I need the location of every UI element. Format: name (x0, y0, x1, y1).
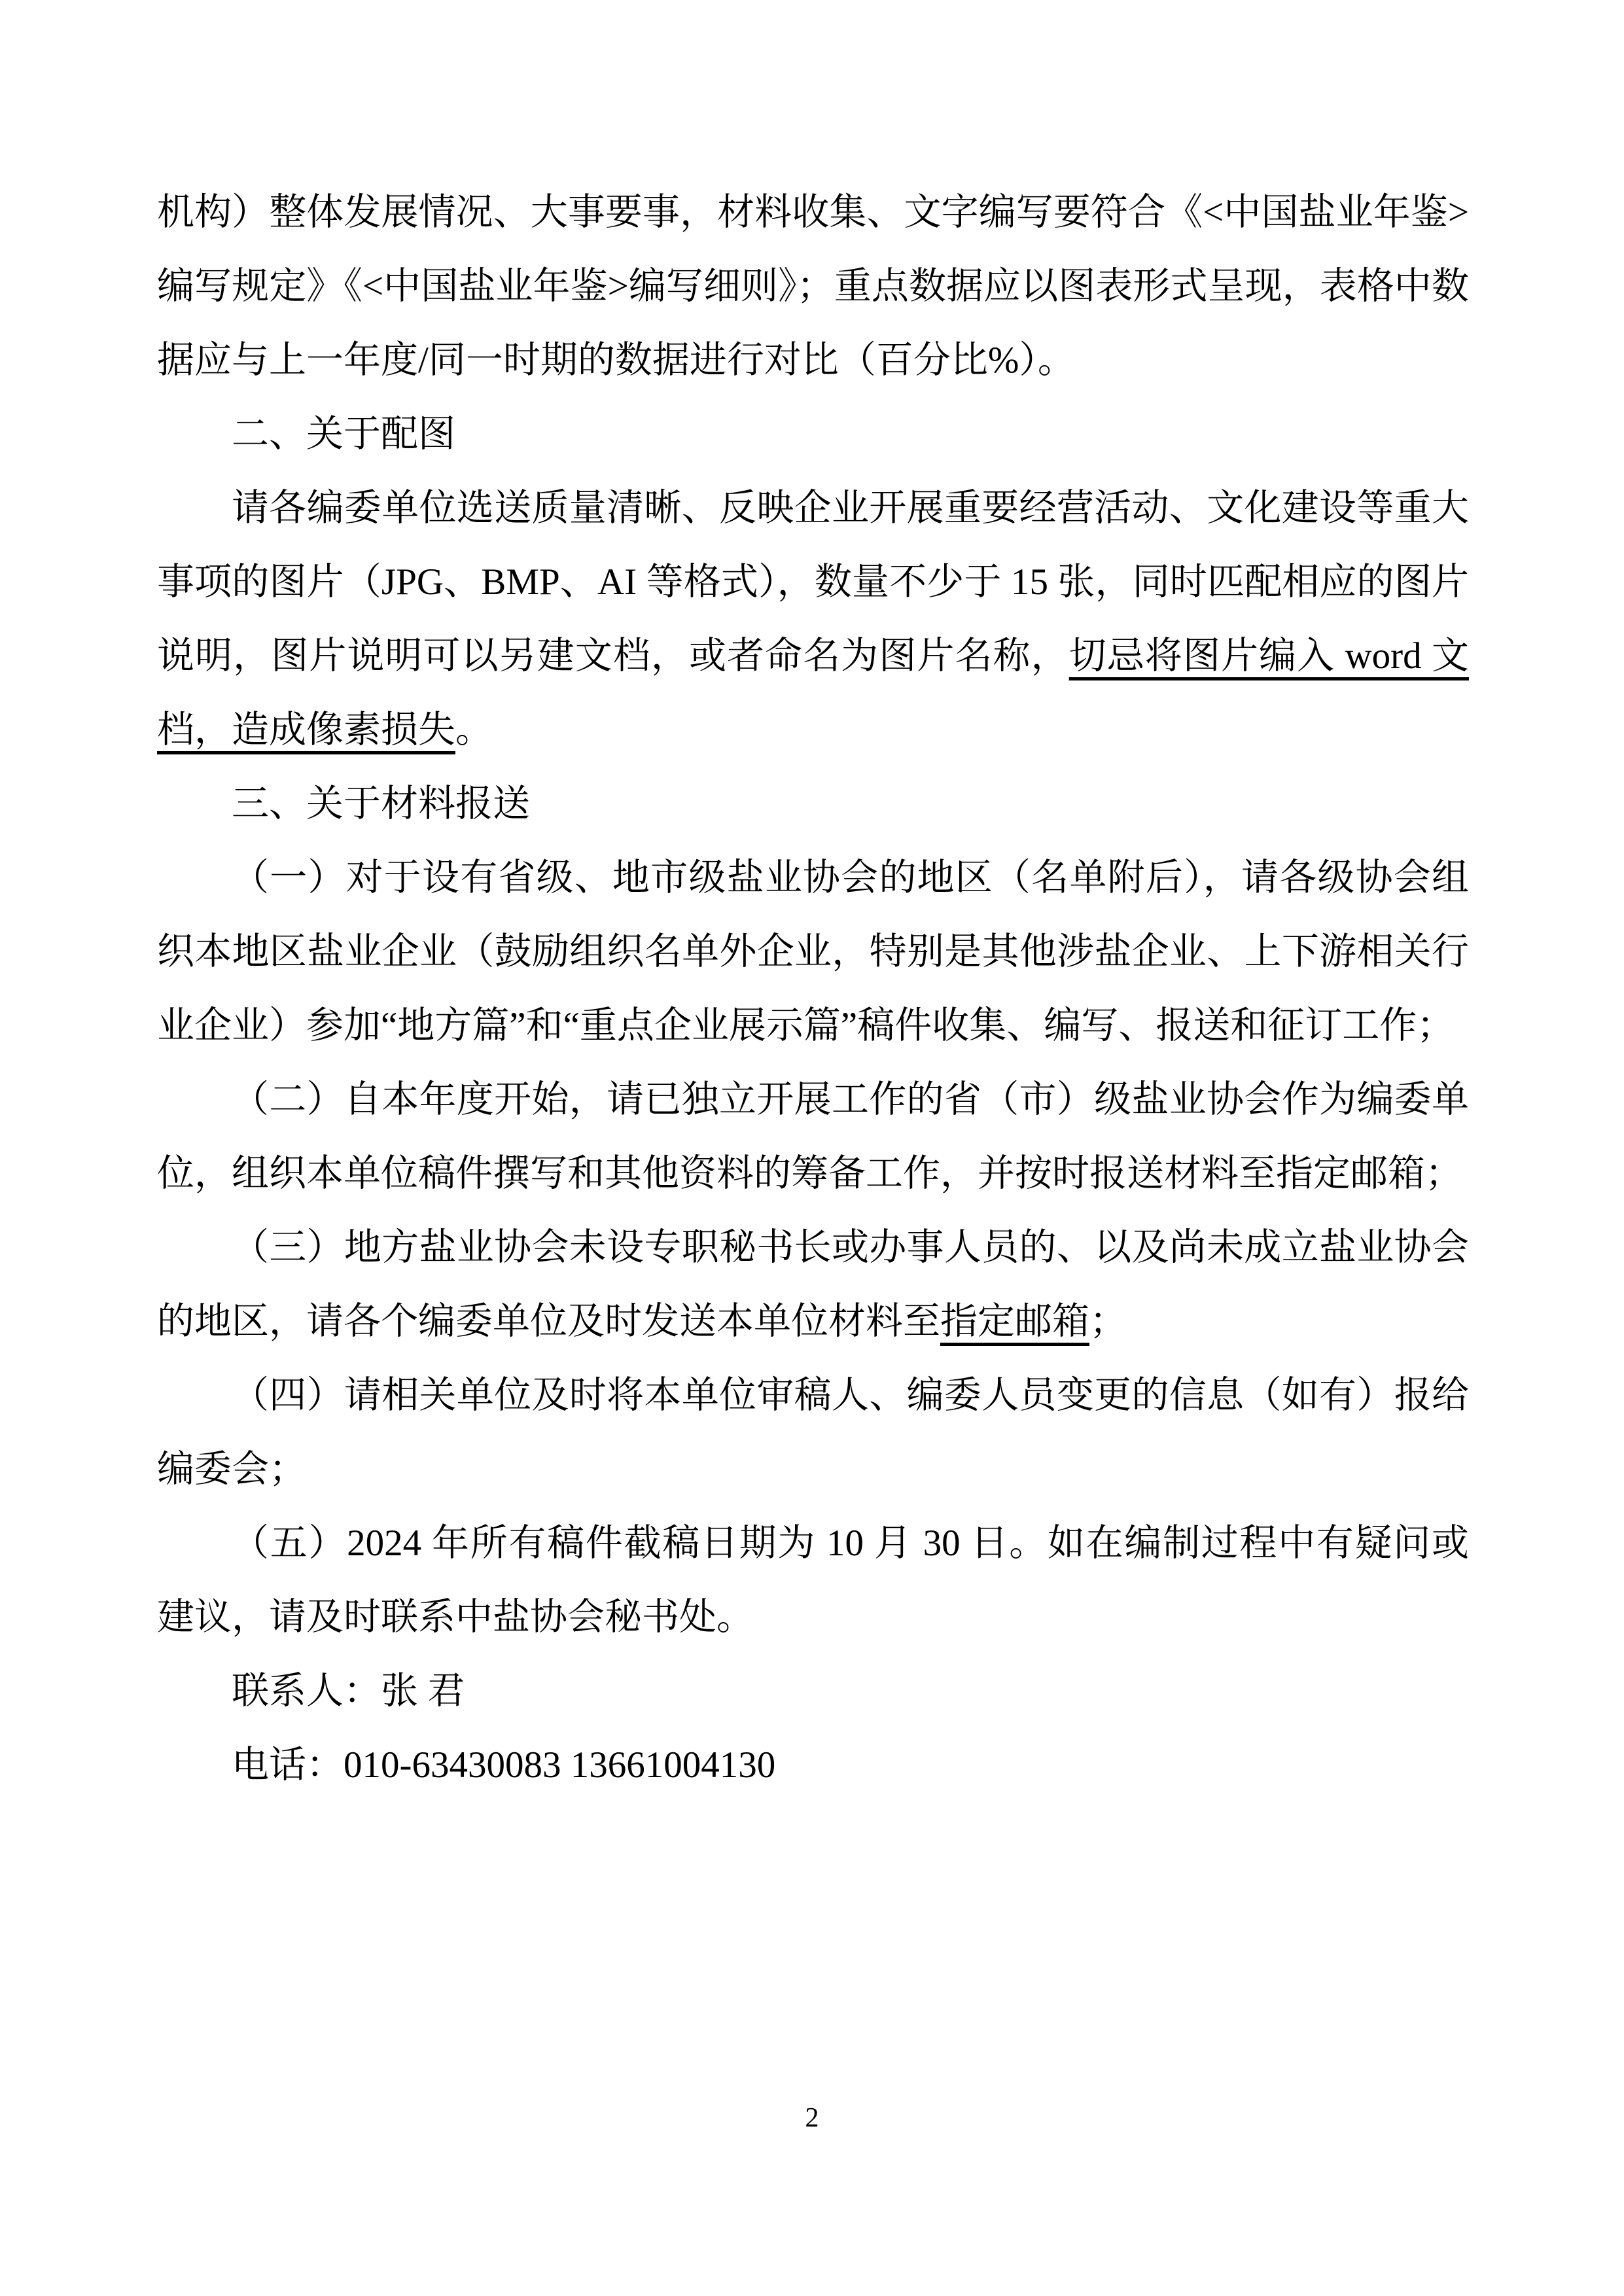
document-body: 机构）整体发展情况、大事要事，材料收集、文字编写要符合《<中国盐业年鉴>编写规定… (157, 175, 1469, 1802)
paragraph: 机构）整体发展情况、大事要事，材料收集、文字编写要符合《<中国盐业年鉴>编写规定… (157, 175, 1469, 397)
text-run: 电话：010-63430083 13661004130 (232, 1744, 775, 1786)
paragraph: 三、关于材料报送 (157, 767, 1469, 841)
text-run: （二）自本年度开始，请已独立开展工作的省（市）级盐业协会作为编委单位，组织本单位… (157, 1079, 1469, 1194)
paragraph: （一）对于设有省级、地市级盐业协会的地区（名单附后），请各级协会组织本地区盐业企… (157, 841, 1469, 1063)
paragraph: （五）2024 年所有稿件截稿日期为 10 月 30 日。如在编制过程中有疑问或… (157, 1506, 1469, 1654)
document-page: 机构）整体发展情况、大事要事，材料收集、文字编写要符合《<中国盐业年鉴>编写规定… (0, 0, 1624, 2296)
text-run: 。 (455, 709, 493, 751)
text-run: （四）请相关单位及时将本单位审稿人、编委人员变更的信息（如有）报给编委会； (157, 1375, 1469, 1490)
paragraph: （二）自本年度开始，请已独立开展工作的省（市）级盐业协会作为编委单位，组织本单位… (157, 1063, 1469, 1210)
paragraph: 联系人：张 君 (157, 1654, 1469, 1728)
underlined-text: 指定邮箱 (940, 1301, 1089, 1342)
text-run: 联系人：张 君 (232, 1670, 465, 1712)
text-run: ； (1089, 1301, 1127, 1342)
paragraph: 请各编委单位选送质量清晰、反映企业开展重要经营活动、文化建设等重大事项的图片（J… (157, 471, 1469, 767)
paragraph: （三）地方盐业协会未设专职秘书长或办事人员的、以及尚未成立盐业协会的地区，请各个… (157, 1210, 1469, 1358)
text-run: （一）对于设有省级、地市级盐业协会的地区（名单附后），请各级协会组织本地区盐业企… (157, 857, 1469, 1046)
paragraph: （四）请相关单位及时将本单位审稿人、编委人员变更的信息（如有）报给编委会； (157, 1358, 1469, 1506)
text-run: （三）地方盐业协会未设专职秘书长或办事人员的、以及尚未成立盐业协会的地区，请各个… (157, 1227, 1469, 1342)
paragraph: 电话：010-63430083 13661004130 (157, 1728, 1469, 1802)
paragraph: 二、关于配图 (157, 397, 1469, 471)
text-run: 机构）整体发展情况、大事要事，材料收集、文字编写要符合《<中国盐业年鉴>编写规定… (157, 192, 1469, 381)
text-run: （五）2024 年所有稿件截稿日期为 10 月 30 日。如在编制过程中有疑问或… (157, 1523, 1469, 1638)
text-run: 三、关于材料报送 (232, 783, 530, 824)
text-run: 二、关于配图 (232, 414, 455, 455)
page-number: 2 (0, 2102, 1624, 2134)
